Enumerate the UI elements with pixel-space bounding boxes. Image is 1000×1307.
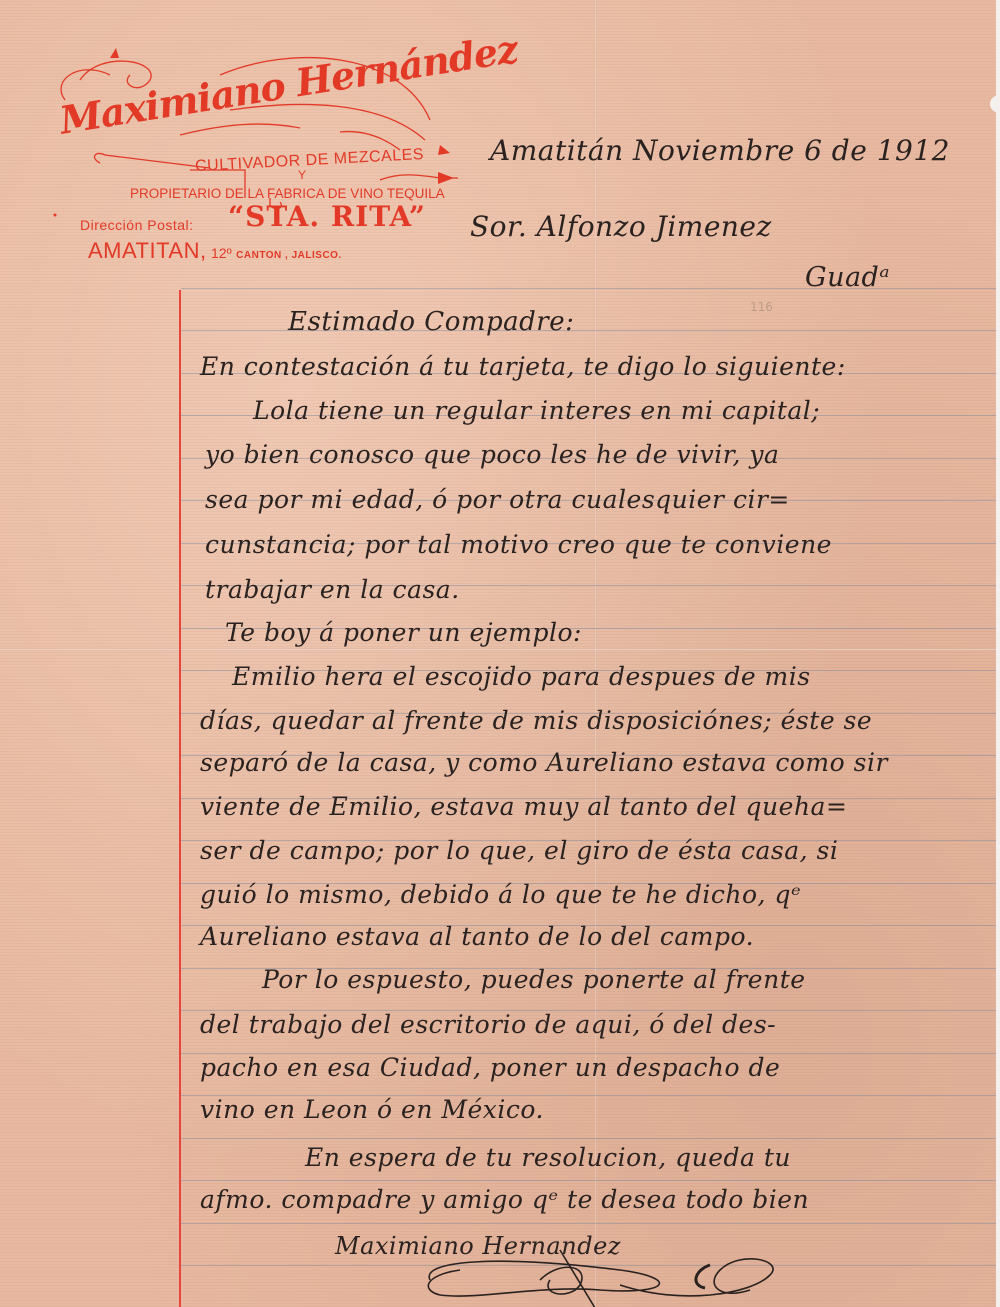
body-line: sea por mi edad, ó por otra cualesquier … [205,485,790,514]
recipient-city: Guadᵃ [805,262,890,293]
letterhead-canton-number: 12º [211,245,232,261]
horizontal-fold [0,648,996,651]
ruled-line [181,1180,996,1181]
body-line: del trabajo del escritorio de aqui, ó de… [200,1010,776,1039]
body-line: Emilio hera el escojido para despues de … [232,662,811,691]
body-line: días, quedar al frente de mis disposició… [200,706,872,735]
ruled-line [181,1223,996,1224]
body-line: vino en Leon ó en México. [200,1095,544,1124]
letterhead: Maximiano Hernández CULTIVADOR DE MEZCAL… [40,40,460,230]
letterhead-address: AMATITAN, 12º CANTON , JALISCO. [88,238,342,264]
body-line: Lola tiene un regular interes en mi capi… [253,396,820,425]
vertical-fold [594,0,597,1307]
letterhead-canton-label: CANTON , JALISCO. [236,250,342,261]
body-line: ser de campo; por lo que, el giro de ést… [200,836,838,865]
place-date: Amatitán Noviembre 6 de 1912 [490,134,950,167]
recipient-name: Sor. Alfonzo Jimenez [470,210,772,243]
closing-line: afmo. compadre y amigo qᵉ te desea todo … [200,1185,809,1214]
letterhead-postal-label: Dirección Postal: [80,217,194,233]
letterhead-proprietor-line: PROPIETARIO DE LA FABRICA DE VINO TEQUIL… [130,186,445,201]
body-line: Te boy á poner un ejemplo: [225,618,582,647]
body-line: Por lo espuesto, puedes ponerte al frent… [262,965,806,994]
body-line: separó de la casa, y como Aureliano esta… [200,748,888,777]
body-line: viente de Emilio, estava muy al tanto de… [200,792,847,821]
letterhead-city: AMATITAN, [88,238,207,263]
closing-line: En espera de tu resolucion, queda tu [305,1143,791,1172]
pencil-annotation: 116 [750,300,773,314]
salutation: Estimado Compadre: [288,307,574,337]
body-line: yo bien conosco que poco les he de vivir… [205,440,779,469]
body-line: Aureliano estava al tanto de lo del camp… [200,922,754,951]
body-line: pacho en esa Ciudad, poner un despacho d… [200,1053,780,1082]
ruled-line [181,1138,996,1139]
body-line: guió lo mismo, debido á lo que te he dic… [200,880,801,909]
body-line: cunstancia; por tal motivo creo que te c… [205,530,832,559]
body-line: En contestación á tu tarjeta, te digo lo… [200,352,846,381]
letter-paper: Maximiano Hernández CULTIVADOR DE MEZCAL… [0,0,996,1307]
paper-notch [990,96,1000,112]
red-margin-line [179,290,181,1307]
body-line: trabajar en la casa. [205,575,460,604]
letterhead-factory-name: “STA. RITA” [228,200,426,233]
letterhead-conjunction: Y [298,168,306,182]
signature-flourish-icon [420,1240,800,1307]
